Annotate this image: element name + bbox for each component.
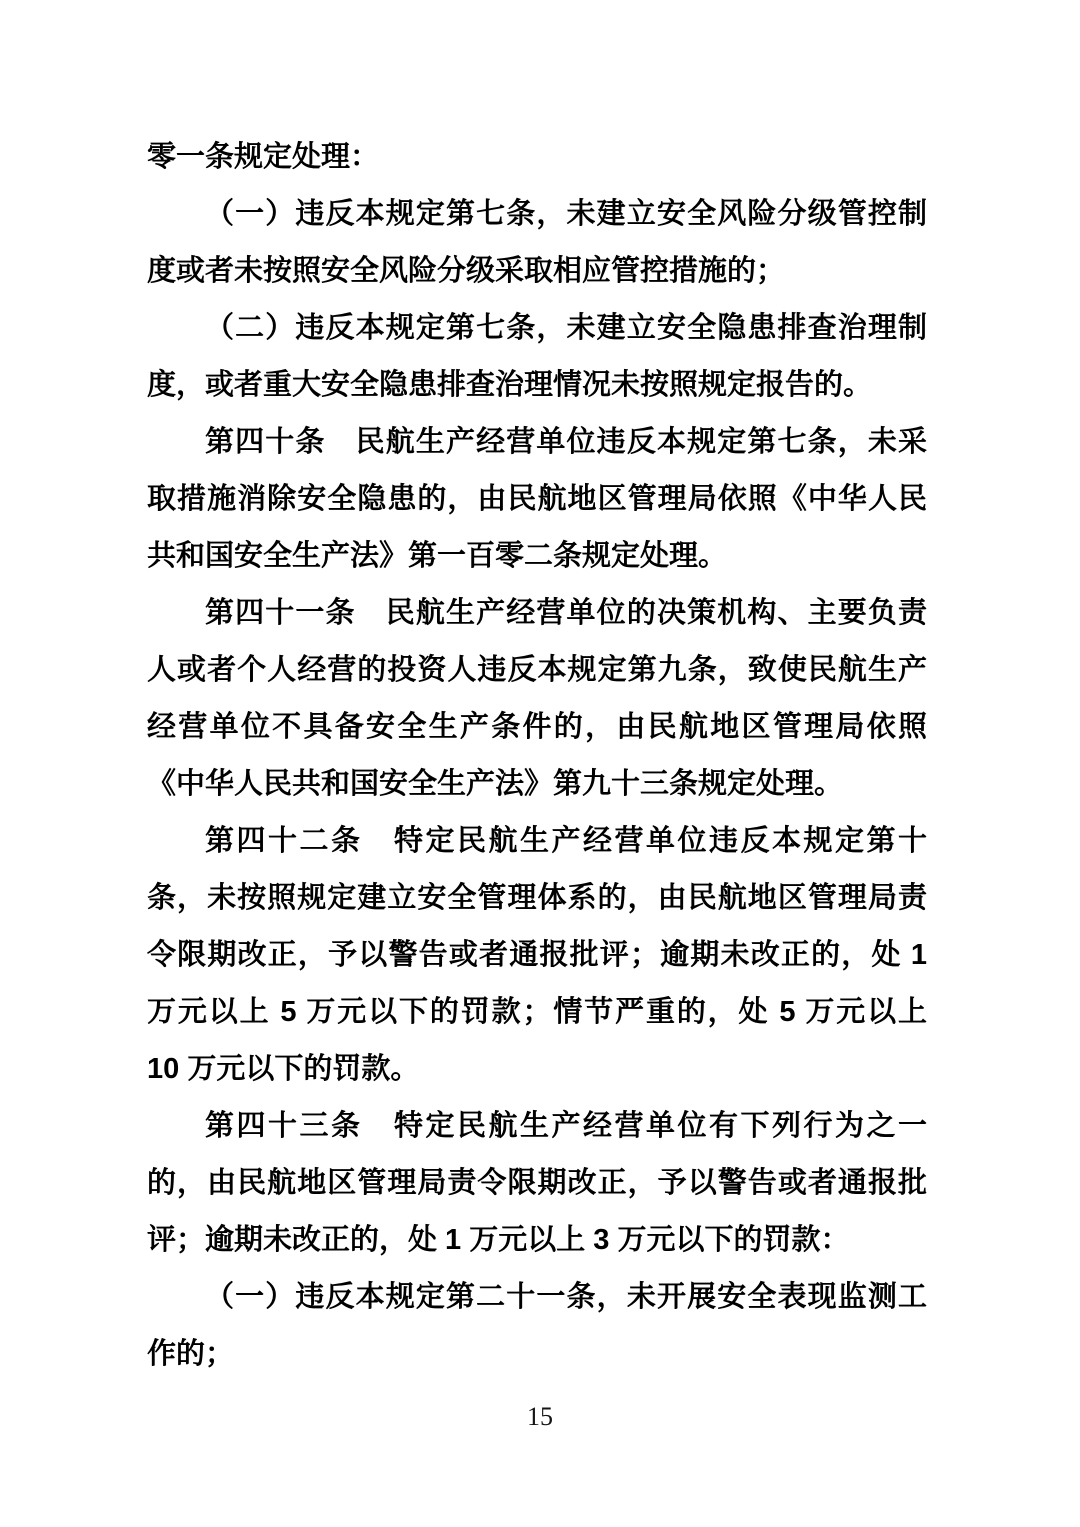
document-body: 零一条规定处理：（一）违反本规定第七条，未建立安全风险分级管控制度或者未按照安全… xyxy=(147,129,927,1383)
text-line-20: 评；逾期未改正的，处 1 万元以上 3 万元以下的罚款： xyxy=(147,1212,927,1269)
text-line-17: 10 万元以下的罚款。 xyxy=(147,1041,927,1098)
text-line-12: 《中华人民共和国安全生产法》第九十三条规定处理。 xyxy=(147,756,927,813)
text-line-8: 共和国安全生产法》第一百零二条规定处理。 xyxy=(147,528,927,585)
page-number: 15 xyxy=(0,1402,1080,1432)
text-line-1: 零一条规定处理： xyxy=(147,129,927,186)
text-line-9: 第四十一条 民航生产经营单位的决策机构、主要负责 xyxy=(147,585,927,642)
text-line-22: 作的； xyxy=(147,1326,927,1383)
text-line-6: 第四十条 民航生产经营单位违反本规定第七条，未采 xyxy=(147,414,927,471)
text-line-13: 第四十二条 特定民航生产经营单位违反本规定第十 xyxy=(147,813,927,870)
text-line-14: 条，未按照规定建立安全管理体系的，由民航地区管理局责 xyxy=(147,870,927,927)
text-line-7: 取措施消除安全隐患的，由民航地区管理局依照《中华人民 xyxy=(147,471,927,528)
text-line-21: （一）违反本规定第二十一条，未开展安全表现监测工 xyxy=(147,1269,927,1326)
text-line-10: 人或者个人经营的投资人违反本规定第九条，致使民航生产 xyxy=(147,642,927,699)
text-line-2: （一）违反本规定第七条，未建立安全风险分级管控制 xyxy=(147,186,927,243)
text-line-3: 度或者未按照安全风险分级采取相应管控措施的； xyxy=(147,243,927,300)
text-line-5: 度，或者重大安全隐患排查治理情况未按照规定报告的。 xyxy=(147,357,927,414)
text-line-19: 的，由民航地区管理局责令限期改正，予以警告或者通报批 xyxy=(147,1155,927,1212)
text-line-11: 经营单位不具备安全生产条件的，由民航地区管理局依照 xyxy=(147,699,927,756)
text-line-4: （二）违反本规定第七条，未建立安全隐患排查治理制 xyxy=(147,300,927,357)
text-line-16: 万元以上 5 万元以下的罚款；情节严重的，处 5 万元以上 xyxy=(147,984,927,1041)
text-line-18: 第四十三条 特定民航生产经营单位有下列行为之一 xyxy=(147,1098,927,1155)
text-line-15: 令限期改正，予以警告或者通报批评；逾期未改正的，处 1 xyxy=(147,927,927,984)
document-page: 零一条规定处理：（一）违反本规定第七条，未建立安全风险分级管控制度或者未按照安全… xyxy=(0,0,1080,1527)
